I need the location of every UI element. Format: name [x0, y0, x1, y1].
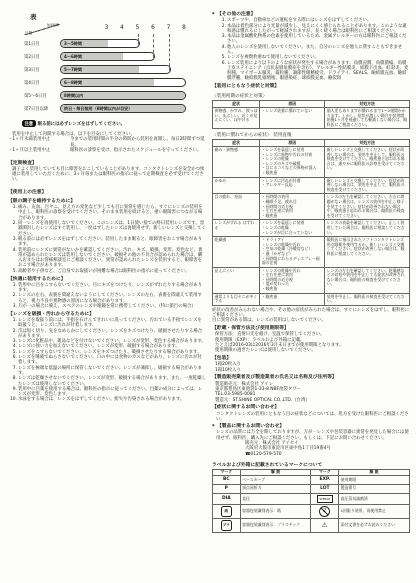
- item-text: 高齢者や子供など、ご自身でお取扱いが困難な場合は眼科医の指示に従ってください。: [18, 269, 206, 274]
- item-number: 6.: [217, 61, 227, 82]
- accustomed-symptoms-table: 症状原因対処方法痛み・異物感・レンズを裏返しに装用 ・レンズに異物や汚れの付着 …: [212, 139, 410, 305]
- usage-notes-heading: 【使用上の注意】: [8, 190, 206, 196]
- schedule-table-label: 表: [30, 12, 206, 21]
- resume-term: ・1ヶ月以上装用中止: [8, 148, 70, 153]
- caution-text: 眠る前には必ずレンズをはずしてください。: [38, 121, 125, 127]
- mark-description-cell: 容器包装識別表示：プラスチック: [240, 519, 311, 533]
- list-item: 2. レンズの左右、表裏を間違えないようにしてください。レンズの左右、表裏を間違…: [8, 293, 206, 304]
- schedule-bar: 5〜7時間: [60, 65, 171, 74]
- mark-description-cell: 添付文書を必ずお読みください: [339, 519, 410, 533]
- list-item: 1. 装用中に目をこすらないでください。目にキズをつけたり、レンズがずれたりする…: [8, 283, 206, 294]
- item-text: 装用中に目をこすらないでください。目にキズをつけたり、レンズがずれたりする場合が…: [18, 283, 206, 294]
- table-cell: ・眼疾患: [260, 293, 325, 305]
- marks-table: マーク解 説マーク解 説BCベースカーブEXP.使用期限P頂点屈折力LOT製造番…: [212, 469, 410, 533]
- table-cell: 通常よりも目ヤニが多くでる: [213, 293, 260, 305]
- mark-cell: プラ: [213, 519, 241, 533]
- mark-description-cell: 頂点屈折力: [240, 484, 311, 493]
- bar-label: 6〜8時間: [64, 80, 82, 86]
- item-number: 1.: [8, 205, 18, 221]
- column-header: マーク: [311, 469, 339, 476]
- recycle-mark-icon: プラ: [221, 520, 232, 531]
- table-row: レンズがずれる はずれる・レンズを裏返しに装着 ・レンズの乾燥 ・レンズが目に合…: [213, 220, 410, 237]
- table-row: 痛み・異物感・レンズを裏返しに装用 ・レンズに異物や汚れの付着 ・レンズの乾燥 …: [213, 147, 410, 178]
- bar-label: 5〜7時間: [64, 67, 82, 73]
- bar-label: 4〜6時間: [64, 54, 82, 60]
- table-row: プラ容器包装識別表示：プラスチック⚠添付文書を必ずお読みください: [213, 519, 410, 533]
- mark-description-cell: 高圧蒸気滅菌済: [339, 493, 410, 505]
- table-cell: 新しいレンズと交換してください。症状が改善しない場合は、装用を中止して、眼科医の…: [325, 177, 410, 194]
- text-line: ☎0120-579-570: [242, 452, 410, 457]
- column-header: 解 説: [339, 469, 410, 476]
- list-item: 6. レンズを唾液でぬらさないでください。口の中には食物のカスなどがあり、レンズ…: [8, 355, 206, 366]
- schedule-row: 第3日目5〜7時間: [24, 63, 206, 76]
- item-text: 本品は金属酸化物系の色素を使用しているため、金属アレルギーの方は眼科医にご相談く…: [227, 34, 410, 45]
- table-row: 目の疲れ、充血・長時間の装用 ・睡眠不足、疲れ目 ・長時間の近方視 ・左右を逆に…: [213, 194, 410, 220]
- table-cell: ・レンズを裏返しに装着 ・レンズの乾燥 ・レンズが目に合っていない: [260, 220, 325, 237]
- item-text: 装用前にレンズに異常がないかを確認してください。汚れ、キズ、破損、変形、変色など…: [18, 248, 206, 269]
- item-text: 同一レンズを再使用しないでください。このレンズは、1日使い捨ての終日装用レンズで…: [18, 221, 206, 237]
- chart-corner-cell: 装用時間 日数: [24, 24, 60, 35]
- mark-description-cell: 使用期限: [339, 476, 410, 485]
- mark-symbol: BC: [223, 477, 230, 482]
- item-text: 水泳をする場合は、レンズをはずしてください。紛失や汚染される場合があります。: [18, 397, 206, 402]
- item-number: 7.: [8, 366, 18, 377]
- item-number: 2.: [8, 329, 18, 340]
- item-number: 4.: [8, 248, 18, 269]
- text-line: 製造元：ST.SHINE OPTICAL CO.,LTD.（台湾）: [212, 398, 410, 403]
- text-line: 1箱10枚入り: [212, 368, 410, 373]
- schedule-row: 第5〜6日目8時間以内: [24, 89, 206, 102]
- list-item: 9. 装用中に目薬を使用する場合は、眼科医の指示に従ってください。目薬の成分によ…: [8, 387, 206, 398]
- schedule-row: 第2日目4〜6時間: [24, 50, 206, 63]
- item-text: 万が一の場合に備え、スペアのレンズや眼鏡を常に携帯してください。（特に旅行の場合…: [18, 304, 206, 309]
- mark-cell: P: [213, 484, 241, 493]
- recycle-mark-icon: 紙: [221, 506, 232, 517]
- item-text: 本品は着色部分により光量が減少し、見えにくく感じられることがあります。このような…: [227, 24, 410, 35]
- product-contact-text: レンズの品質には万全を期しておりますが、万が一レンズや包装容器に異常を発見した場…: [212, 430, 410, 441]
- item-number: 1.: [8, 283, 18, 294]
- table-header-row: 症状原因対処方法: [213, 140, 410, 147]
- schedule-row: 第7日目以降終日・毎日装用（8時間以内が目安）: [24, 102, 206, 115]
- list-item: 3. 万が一の場合に備え、スペアのレンズや眼鏡を常に携帯してください。（特に旅行…: [8, 304, 206, 309]
- column-header: 原因: [260, 140, 325, 147]
- item-text: レンズの左右、表裏を間違えないようにしてください。レンズの左右、表裏を間違えて装…: [18, 293, 206, 304]
- column-header: マーク: [213, 469, 241, 476]
- other-notes-list: 1. スポーツや、自動車などの運転をする際にはレンズをはずしてください。 2. …: [212, 18, 410, 82]
- table-row: 乾燥感・ドライアイ ・レンズの乾燥や汚れ ・空気の乾燥（冷暖房など） ・風（かぜ…: [213, 237, 410, 268]
- schedule-bar: 3〜5時間: [60, 39, 140, 48]
- drop-line: [138, 34, 139, 45]
- axis-tick: 8: [182, 25, 186, 31]
- mark-description-cell: 容器包装識別表示：紙: [240, 505, 311, 519]
- mark-description-cell: 製造番号: [339, 484, 410, 493]
- storage-lines: 保管方法：直射日光を避け、室温で保管してください。使用期限（EXP）：ラベルおよ…: [212, 332, 410, 353]
- table-cell: ・ドライアイ ・レンズの乾燥や汚れ ・空気の乾燥（冷暖房など） ・風（かぜなど）…: [260, 237, 325, 268]
- initial-symptoms-table: 症状原因対処方法異物感、かすみ、涙っぽい、まぶしい、近くが見えにくい、ぼやける・…: [212, 100, 410, 129]
- list-item: 2. 同一レンズを再使用しないでください。このレンズは、1日使い捨ての終日装用レ…: [8, 221, 206, 237]
- item-number: 10.: [8, 397, 18, 402]
- section-protect-lens-list: 1. レンズを取扱う前には、手指を石けんできれいに洗ってください。汚れている手指…: [8, 318, 206, 403]
- item-text: レンズ装用により以下のような症状が発生する場合があります。角膜浸潤、角膜潰瘍、角…: [227, 61, 410, 82]
- caption-suffix: 装用直後: [273, 133, 291, 138]
- resume-item: ・1ヶ月以上装用中止 眼科医の診察を受け、指示されたスケジュールを守ってください…: [8, 148, 206, 153]
- list-item: 2. 本品は着色部分により光量が減少し、見えにくく感じられることがあります。この…: [217, 24, 410, 35]
- table-row: かゆみ・レンズに汚れが付着 ・アレルギー反応新しいレンズと交換してください。症状…: [213, 177, 410, 194]
- table-row: 通常よりも目ヤニが多くでる・眼疾患装用を中止し、眼科医の検査を受けてください。: [213, 293, 410, 305]
- schedule-row: 第4日目6〜8時間: [24, 76, 206, 89]
- day-label: 第5〜6日目: [24, 93, 60, 99]
- schedule-bar: 6〜8時間: [60, 78, 186, 87]
- resume-item: ・1ヶ月未満装用中止 今までの装用時間の半分の時間から装用を再開し、毎日2時間ず…: [8, 137, 206, 148]
- caution-badge: 注意: [22, 120, 36, 127]
- axis-tick: 5: [136, 25, 140, 31]
- table-cell: レンズの左右を確認してください。乾燥感などの対処や装用を中止しても症状が改善され…: [325, 267, 410, 293]
- item-text: 他人のレンズを使用しないでください。また、自分のレンズを他人に貸すこともできませ…: [227, 45, 410, 56]
- item-text: 痛み、充血、目ヤニ、見え方の変化など少しでも目に異常を感じたら、すぐにレンズの装…: [18, 205, 206, 221]
- marks-table-title: ラベルおよび外箱に記載されているマークについて: [212, 461, 410, 468]
- list-item: 10. 水泳をする場合は、レンズをはずしてください。紛失や汚染される場合がありま…: [8, 397, 206, 402]
- chart-rows: 第1日目3〜5時間第2日目4〜6時間第3日目5〜7時間第4日目6〜8時間第5〜6…: [24, 37, 206, 115]
- mark-cell: DIA: [213, 493, 241, 505]
- mark-symbol: EXP.: [320, 477, 330, 482]
- text-line: 使用期限の過ぎたレンズは使用しないでください。: [212, 348, 410, 353]
- item-number: 8.: [8, 376, 18, 387]
- day-label: 第3日目: [24, 67, 60, 73]
- table-header-row: マーク解 説マーク解 説: [213, 469, 410, 476]
- table-cell: 装用を中止し、眼科医の検査を受けてください。: [325, 293, 410, 305]
- mark-cell: BC: [213, 476, 241, 485]
- item-text: 装用中に目薬を使用する場合は、眼科医の指示に従ってください。目薬の成分によっては…: [18, 387, 206, 398]
- bar-label: 終日・毎日装用（8時間以内が目安）: [64, 106, 132, 112]
- item-number: 1.: [8, 318, 18, 329]
- spacer: [8, 153, 206, 158]
- schedule-row: 第1日目3〜5時間: [24, 37, 206, 50]
- right-column: * 【その他の注意】 1. スポーツや、自動車などの運転をする際にはレンズをはず…: [212, 0, 410, 533]
- axis-tick: 6: [151, 25, 155, 31]
- item-number: 2.: [8, 221, 18, 237]
- table-cell: 見えにくい: [213, 267, 260, 293]
- column-header: 原因: [260, 101, 325, 108]
- item-number: 4.: [217, 45, 227, 56]
- column-header: 対処方法: [325, 140, 410, 147]
- table-row: 異物感、かすみ、涙っぽい、まぶしい、近くが見えにくい、ぼやける・レンズ装着に慣れ…: [213, 108, 410, 129]
- table-cell: ・長時間の装用 ・睡眠不足、疲れ目 ・長時間の近方視 ・左右を逆に装用 ・眼疾患: [260, 194, 325, 220]
- wearing-schedule-chart: 装用時間 日数 345678 第1日目3〜5時間第2日目4〜6時間第3日目5〜7…: [24, 24, 206, 116]
- axis-tick: 7: [167, 25, 171, 31]
- day-label: 第2日目: [24, 54, 60, 60]
- day-label: 第4日目: [24, 80, 60, 86]
- manufacturer-lines: 製造販売元：株式会社 アイレ東京都豊島区東池袋1-33-8 NBF池袋タワーTE…: [212, 382, 410, 403]
- resume-list: ・1ヶ月未満装用中止 今までの装用時間の半分の時間から装用を再開し、毎日2時間ず…: [8, 137, 206, 153]
- list-item: 1. レンズを取扱う前には、手指を石けんできれいに洗ってください。汚れている手指…: [8, 318, 206, 329]
- mark-cell: LOT: [311, 484, 339, 493]
- mark-symbol: DIA: [222, 496, 231, 501]
- schedule-bar: 8時間以内: [60, 91, 186, 100]
- after-tables-note: 症状の改善がみられない場合や、その他の症状がみられた場合は、すぐにレンズをはずし…: [212, 308, 410, 324]
- package-lines: 1箱20枚入り1箱10枚入り: [212, 362, 410, 373]
- list-item: 8. レンズは乾燥させないでください。レンズが変形、破損する場合があります。また…: [8, 376, 206, 387]
- item-number: 2.: [8, 293, 18, 304]
- list-item: 4. 装用前にレンズに異常がないかを確認してください。汚れ、キズ、破損、変形、変…: [8, 248, 206, 269]
- bar-label: 8時間以内: [64, 93, 83, 99]
- table-cell: 新しいレンズと交換してください。症状が改善しない場合は、装用を中止して、眼科医の…: [325, 147, 410, 178]
- item-number: 3.: [8, 304, 18, 309]
- table-row: 見えにくい・レンズの乾燥や汚れ ・左右を逆に装用 ・長時間の近方視 ・度が変わっ…: [213, 267, 410, 293]
- day-label: 第7日目以降: [24, 106, 60, 112]
- periodic-exam-text: 調子よく装用していても目に障害をおこしていることがあります。コンタクトレンズを安…: [8, 167, 206, 183]
- table-cell: ・レンズ装着に慣れていない: [260, 108, 325, 129]
- table-row: P頂点屈折力LOT製造番号: [213, 484, 410, 493]
- column-header: 症状: [213, 140, 260, 147]
- mark-cell: STERILE: [311, 493, 339, 505]
- caption-main: 〈装用に慣れてからの症状〉: [212, 133, 272, 138]
- list-item: 7. レンズを極端な低温の場所に保管しないでください。レンズが凍結し、破損する場…: [8, 366, 206, 377]
- item-text: レンズを唾液でぬらさないでください。口の中には食物のカスなどがあり、レンズに汚れ…: [18, 355, 206, 366]
- section-comfort-list: 1. 装用中に目をこすらないでください。目にキズをつけたり、レンズがずれたりする…: [8, 283, 206, 309]
- initial-symptoms-caption: 〈装用初期の症状と対策〉: [212, 93, 410, 99]
- table-cell: レンズの左右を確認してください。左右に問題がない場合は、レンズの装用を中止し様子…: [325, 194, 410, 220]
- corner-label-hours: 装用時間: [47, 23, 59, 27]
- resume-desc: 今までの装用時間の半分の時間から装用を再開し、毎日2時間ずつ延長。: [70, 137, 206, 148]
- column-header: 対処方法: [325, 101, 410, 108]
- table-cell: 眼科医に指示されたソフトコンタクトレンズ用点眼薬を使用するか、新しいレンズと交換…: [325, 237, 410, 268]
- warning-icon: ⚠: [322, 521, 328, 529]
- no-reuse-icon: 2: [319, 506, 330, 517]
- item-number: 3.: [8, 237, 18, 248]
- mark-symbol: P: [225, 486, 228, 491]
- resume-desc: 眼科医の診察を受け、指示されたスケジュールを守ってください。: [70, 148, 206, 153]
- symptoms-measures-heading: 【装用にともなう症状と対策】: [212, 84, 410, 90]
- table-cell: 乾燥感: [213, 237, 260, 268]
- drop-line: [153, 34, 154, 58]
- table-cell: レンズがずれる はずれる: [213, 220, 260, 237]
- mark-description-cell: ベースカーブ: [240, 476, 311, 485]
- corner-label-days: 日数: [25, 31, 32, 36]
- bar-label: 3〜5時間: [64, 41, 82, 47]
- list-item: 1. 痛み、充血、目ヤニ、見え方の変化など少しでも目に異常を感じたら、すぐにレン…: [8, 205, 206, 221]
- column-header: 解 説: [240, 469, 311, 476]
- spacer: [8, 183, 206, 188]
- table-cell: 個人差もありますが慣れるまで1〜2週間かかります。しかし、症状が激しい場合や装用…: [325, 108, 410, 129]
- symptom-contact-text: コンタクトレンズの装用にともなう目の症状などについては、処方を受けた眼科医にご相…: [212, 412, 410, 423]
- item-text: 眠る前には必ずレンズをはずしてください。装用したまま眠ると、眼障害をおこす場合が…: [18, 237, 206, 248]
- mark-cell: EXP.: [311, 476, 339, 485]
- list-item: 5. 高齢者や子供など、ご自身でお取扱いが困難な場合は眼科医の指示に従ってくださ…: [8, 269, 206, 274]
- accustomed-symptoms-caption: 〈装用に慣れてからの症状〉 装用直後: [212, 132, 410, 138]
- sleep-warning: 注意 眠る前には必ずレンズをはずしてください。: [22, 120, 206, 127]
- item-number: 9.: [8, 387, 18, 398]
- mark-description-cell: 1回限り使用、再使用禁止: [339, 505, 410, 519]
- table-header-row: 症状原因対処方法: [213, 101, 410, 108]
- axis-tick: 3: [105, 25, 109, 31]
- item-number: 2.: [217, 24, 227, 35]
- table-cell: かゆみ: [213, 177, 260, 194]
- mark-description-cell: 直径: [240, 493, 311, 505]
- day-label: 第1日目: [24, 41, 60, 47]
- list-item: 4. 他人のレンズを使用しないでください。また、自分のレンズを他人に貸すこともで…: [217, 45, 410, 56]
- table-cell: ・レンズを裏返しに装用 ・レンズに異物や汚れの付着 ・レンズの乾燥 ・レンズのキ…: [260, 147, 325, 178]
- mark-symbol: LOT: [320, 486, 329, 491]
- item-text: レンズを極端な低温の場所に保管しないでください。レンズが凍結し、破損する場合があ…: [18, 366, 206, 377]
- item-text: 爪は短く切り、先をなめらかにしてください。レンズをキズつけたり、破損させたりする…: [18, 329, 206, 340]
- table-cell: ・レンズの乾燥や汚れ ・左右を逆に装用 ・長時間の近方視 ・度が変わった ・眼疾…: [260, 267, 325, 293]
- schedule-bar: 4〜6時間: [60, 52, 155, 61]
- table-cell: ・レンズに汚れが付着 ・アレルギー反応: [260, 177, 325, 194]
- schedule-bar: 終日・毎日装用（8時間以内が目安）: [60, 104, 186, 113]
- table-cell: 痛み・異物感: [213, 147, 260, 178]
- table-row: DIA直径STERILE高圧蒸気滅菌済: [213, 493, 410, 505]
- mark-cell: 紙: [213, 505, 241, 519]
- item-number: 5.: [8, 269, 18, 274]
- list-item: 2. 爪は短く切り、先をなめらかにしてください。レンズをキズつけたり、破損させた…: [8, 329, 206, 340]
- table-cell: レンズの表裏を確認してください。正しく装用していた場合は、眼科医に相談してくださ…: [325, 220, 410, 237]
- table-row: 紙容器包装識別表示：紙21回限り使用、再使用禁止: [213, 505, 410, 519]
- item-text: レンズを取扱う前には、手指を石けんできれいに洗ってください。汚れている手指でレン…: [18, 318, 206, 329]
- section-eye-condition-list: 1. 痛み、充血、目ヤニ、見え方の変化など少しでも目に異常を感じたら、すぐにレン…: [8, 205, 206, 274]
- item-number: 6.: [8, 355, 18, 366]
- mark-cell: 2: [311, 505, 339, 519]
- column-header: 症状: [213, 101, 260, 108]
- drop-line: [169, 34, 170, 71]
- list-item: 3. 眠る前には必ずレンズをはずしてください。装用したまま眠ると、眼障害をおこす…: [8, 237, 206, 248]
- item-number: 3.: [217, 34, 227, 45]
- table-cell: 目の疲れ、充血: [213, 194, 260, 220]
- table-cell: 異物感、かすみ、涙っぽい、まぶしい、近くが見えにくい、ぼやける: [213, 108, 260, 129]
- list-item: 6. レンズ装用により以下のような症状が発生する場合があります。角膜浸潤、角膜潰…: [217, 61, 410, 82]
- instruction-leaflet-page: 表 装用時間 日数 345678 第1日目3〜5時間第2日目4〜6時間第3日目5…: [0, 0, 416, 583]
- axis-tick: 4: [120, 25, 124, 31]
- item-text: レンズは乾燥させないでください。レンズが変形、破損する場合があります。また、一度…: [18, 376, 206, 387]
- left-column: 表 装用時間 日数 345678 第1日目3〜5時間第2日目4〜6時間第3日目5…: [8, 0, 206, 403]
- table-row: BCベースカーブEXP.使用期限: [213, 476, 410, 485]
- list-item: 3. 本品は金属酸化物系の色素を使用しているため、金属アレルギーの方は眼科医にご…: [217, 34, 410, 45]
- seller-lines: 販売元：株式会社 アイセイ大阪府大阪市東淀川区東中島1丁目19番4号☎0120-…: [212, 441, 410, 457]
- resume-term: ・1ヶ月未満装用中止: [8, 137, 70, 148]
- mark-symbol: STERILE: [317, 495, 333, 504]
- mark-cell: ⚠: [311, 519, 339, 533]
